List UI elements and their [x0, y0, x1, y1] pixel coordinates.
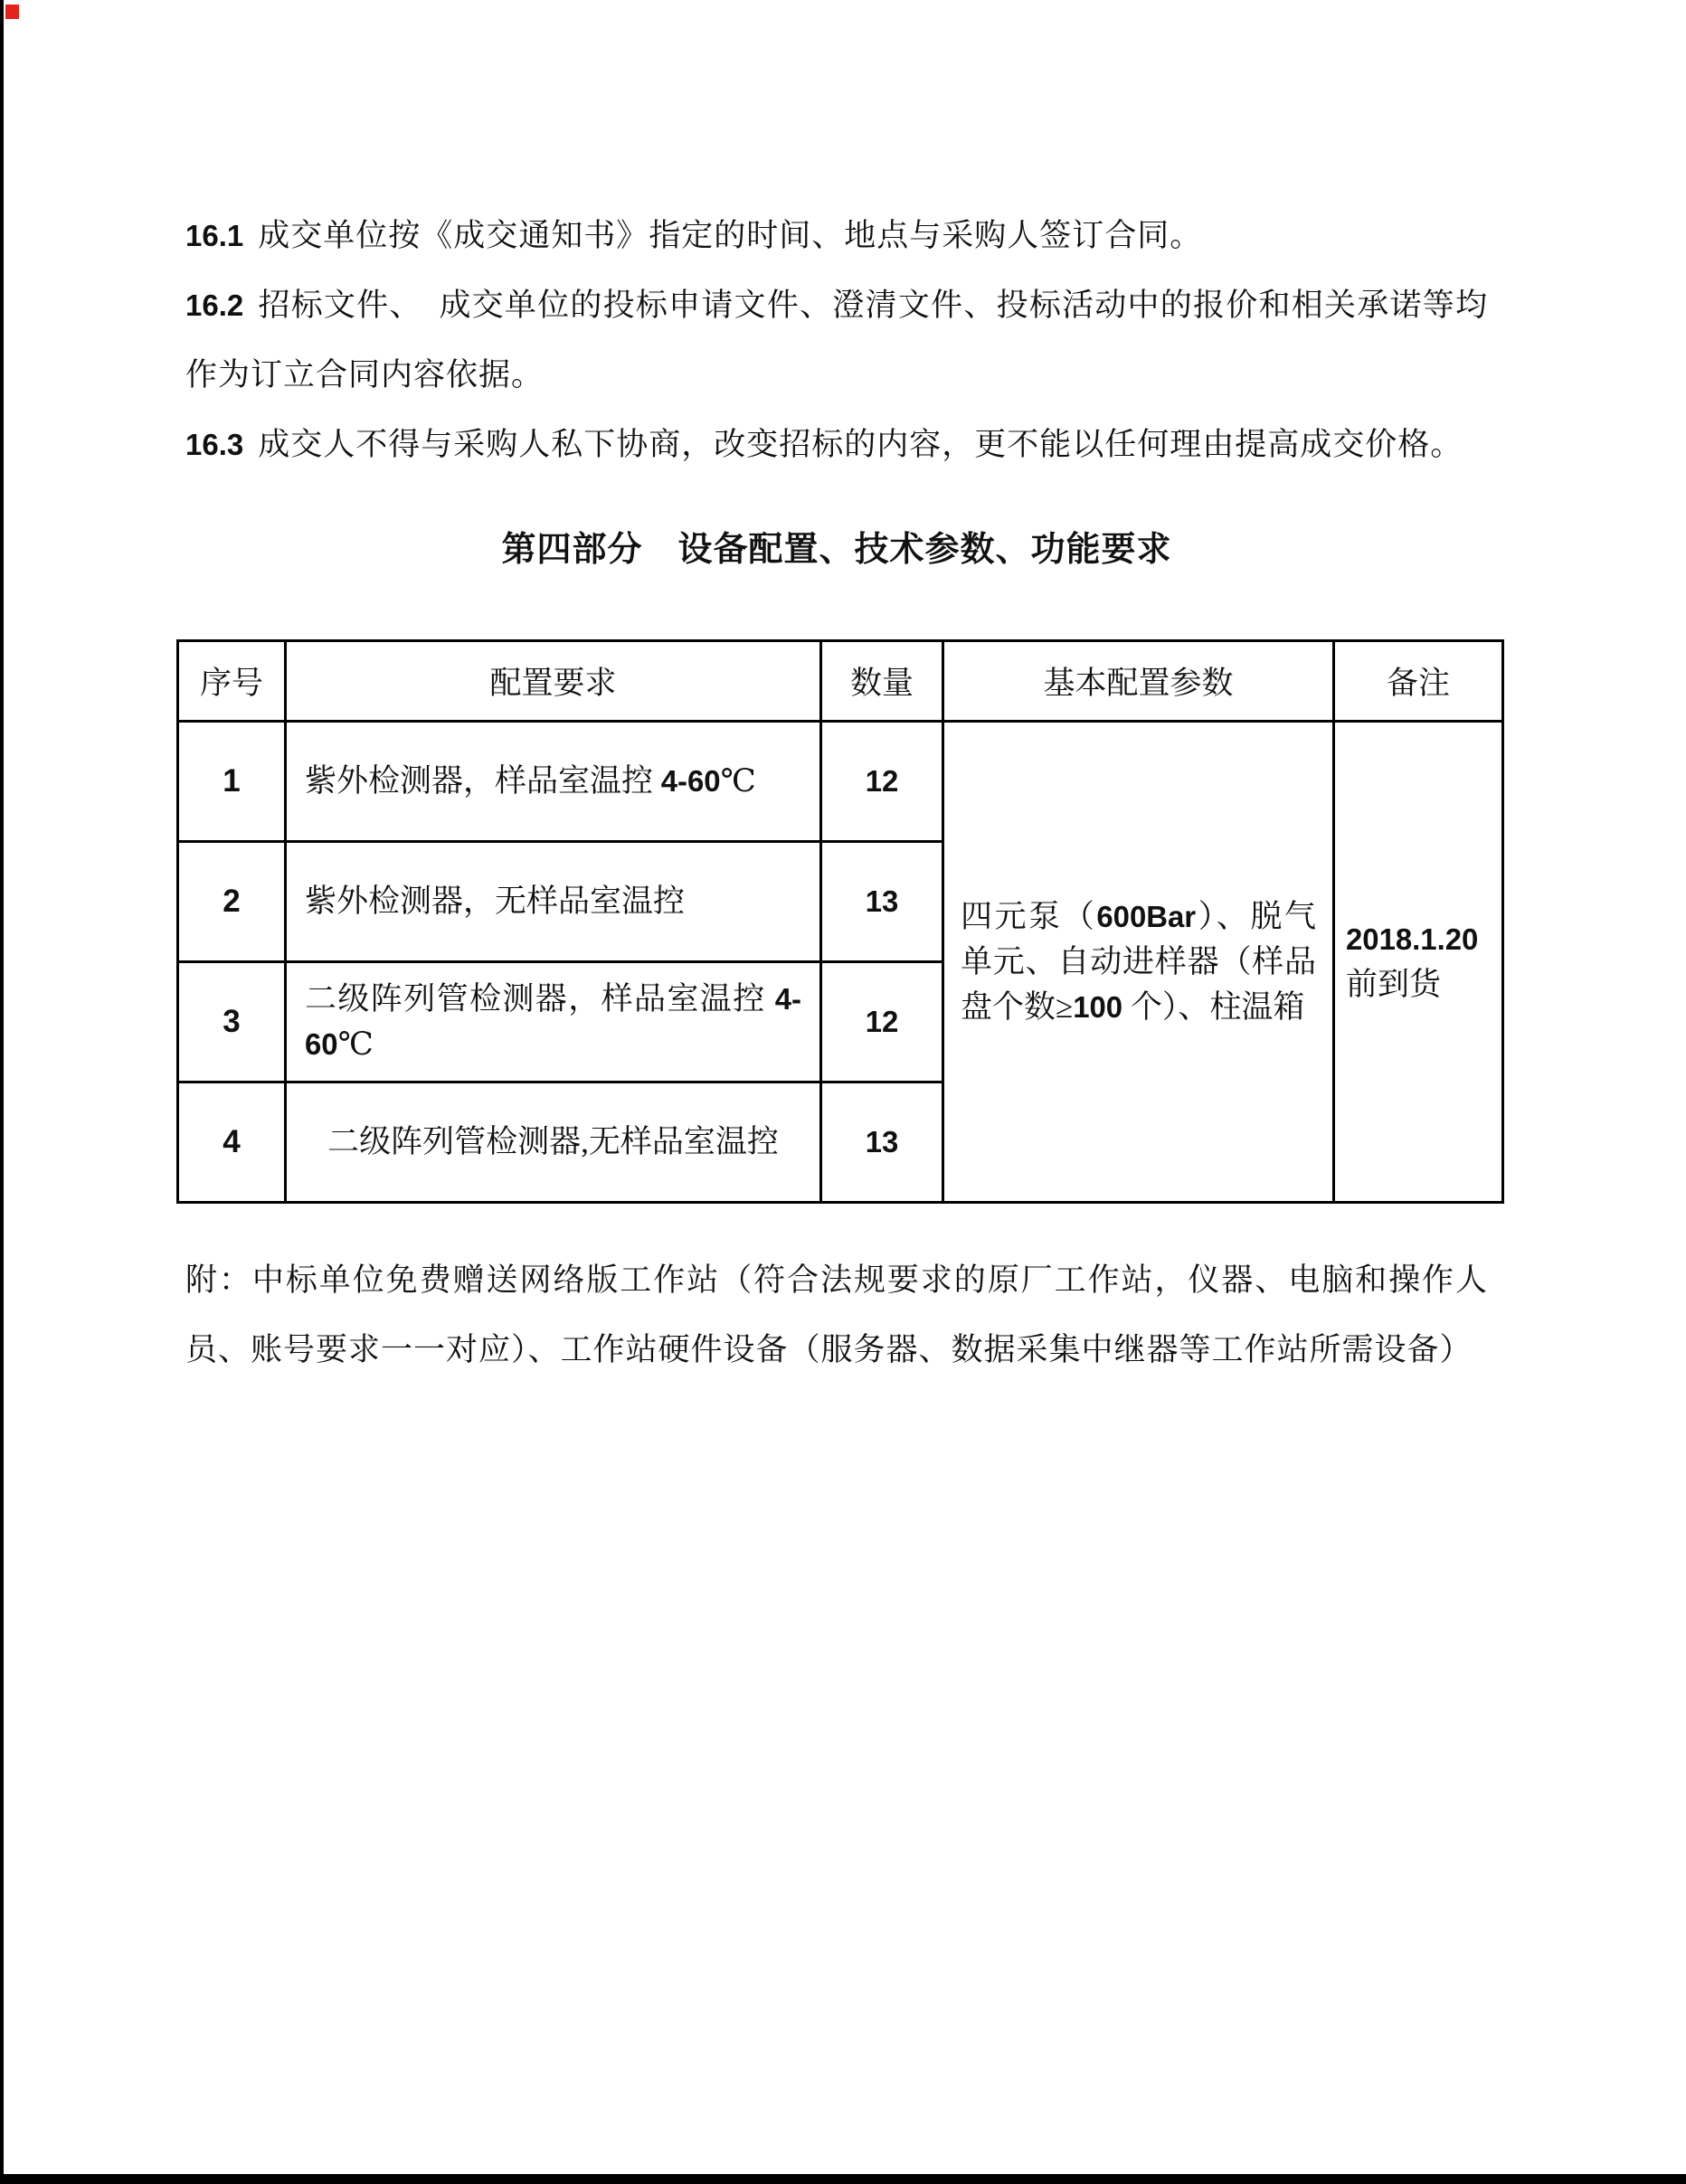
row-seq: 2 [178, 842, 286, 962]
row-qty: 12 [821, 722, 943, 842]
clause-16-2: 16.2招标文件、 成交单位的投标申请文件、澄清文件、投标活动中的报价和相关承诺… [185, 270, 1488, 410]
col-header-remark: 备注 [1334, 641, 1503, 722]
row-seq: 1 [178, 722, 286, 842]
row-qty: 13 [821, 842, 943, 962]
row-qty: 12 [821, 962, 943, 1083]
scan-edge-bottom [0, 2174, 1686, 2184]
document-page: 16.1成交单位按《成交通知书》指定的时间、地点与采购人签订合同。 16.2招标… [0, 0, 1686, 2184]
document-content: 16.1成交单位按《成交通知书》指定的时间、地点与采购人签订合同。 16.2招标… [185, 201, 1488, 1385]
col-header-requirement: 配置要求 [286, 641, 821, 722]
row-seq: 3 [178, 962, 286, 1083]
row-requirement: 二级阵列管检测器,无样品室温控 [286, 1083, 821, 1203]
row-seq: 4 [178, 1083, 286, 1203]
equipment-spec-table: 序号 配置要求 数量 基本配置参数 备注 1 紫外检测器，样品室温控 4-60℃… [176, 639, 1504, 1204]
row-requirement: 二级阵列管检测器，样品室温控 4-60℃ [286, 962, 821, 1083]
clause-text: 成交人不得与采购人私下协商，改变招标的内容，更不能以任何理由提高成交价格。 [258, 427, 1463, 462]
table-row: 1 紫外检测器，样品室温控 4-60℃ 12 四元泵（600Bar）、脱气单元、… [178, 722, 1503, 842]
red-corner-mark [5, 5, 19, 19]
section-title: 第四部分 设备配置、技术参数、功能要求 [185, 515, 1488, 585]
clause-text: 招标文件、 成交单位的投标申请文件、澄清文件、投标活动中的报价和相关承诺等均作为… [185, 288, 1488, 392]
row-requirement: 紫外检测器，无样品室温控 [286, 842, 821, 962]
clause-text: 成交单位按《成交通知书》指定的时间、地点与采购人签订合同。 [258, 218, 1202, 253]
table-header-row: 序号 配置要求 数量 基本配置参数 备注 [178, 641, 1503, 722]
row-requirement: 紫外检测器，样品室温控 4-60℃ [286, 722, 821, 842]
col-header-seq: 序号 [178, 641, 286, 722]
base-params-cell: 四元泵（600Bar）、脱气单元、自动进样器（样品盘个数≥100 个）、柱温箱 [943, 722, 1334, 1203]
scan-edge-left [0, 0, 4, 2184]
clause-number: 16.3 [185, 428, 243, 461]
remark-cell: 2018.1.20 前到货 [1334, 722, 1503, 1203]
col-header-base-params: 基本配置参数 [943, 641, 1334, 722]
row-qty: 13 [821, 1083, 943, 1203]
appendix-note: 附：中标单位免费赠送网络版工作站（符合法规要求的原厂工作站，仪器、电脑和操作人员… [185, 1245, 1488, 1385]
clause-16-1: 16.1成交单位按《成交通知书》指定的时间、地点与采购人签订合同。 [185, 201, 1488, 270]
clause-number: 16.1 [185, 219, 243, 252]
clause-number: 16.2 [185, 288, 243, 322]
col-header-qty: 数量 [821, 641, 943, 722]
clause-16-3: 16.3成交人不得与采购人私下协商，改变招标的内容，更不能以任何理由提高成交价格… [185, 410, 1488, 479]
